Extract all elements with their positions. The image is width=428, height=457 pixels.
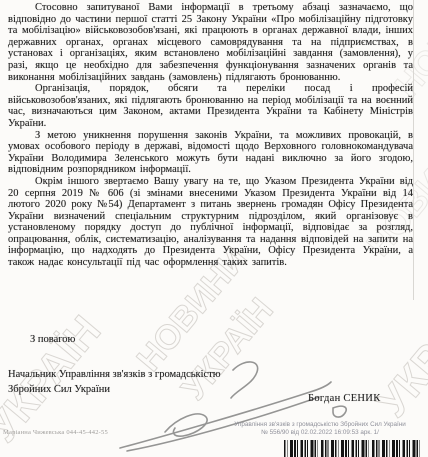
paragraph-2: Організація, порядок, обсяги та переліки…	[8, 83, 413, 129]
letter-body: Стосовно запитуваної Вами інформації в т…	[8, 2, 413, 269]
paragraph-3: З метою уникнення порушення законів Укра…	[8, 130, 413, 176]
executor-contact: Маріанна Чижевська 044-45-442-55	[3, 429, 108, 436]
paragraph-4: Окрім іншого звертаємо Вашу увагу на те,…	[8, 176, 413, 269]
registration-stamp: Управління зв'язків з громадськістю Збро…	[213, 421, 427, 437]
closing-salutation: З повагою	[30, 334, 75, 345]
scanned-letter-page: УКРАЇН НОВИНИ УКРАЇН НОВИНИ УКРАЇН НОВИ …	[0, 0, 428, 457]
registration-barcode	[284, 440, 420, 457]
stamp-org-line: Управління зв'язків з громадськістю Збро…	[213, 421, 427, 429]
watermark-text: УКРАЇН	[368, 282, 428, 426]
signer-name: Богдан СЕНИК	[308, 393, 381, 404]
scan-page-edge	[413, 0, 414, 300]
stamp-number-line: № 556/90 від 02.02.2022 16:09:53 арк. 1/	[213, 429, 427, 437]
paragraph-1: Стосовно запитуваної Вами інформації в т…	[8, 2, 413, 83]
